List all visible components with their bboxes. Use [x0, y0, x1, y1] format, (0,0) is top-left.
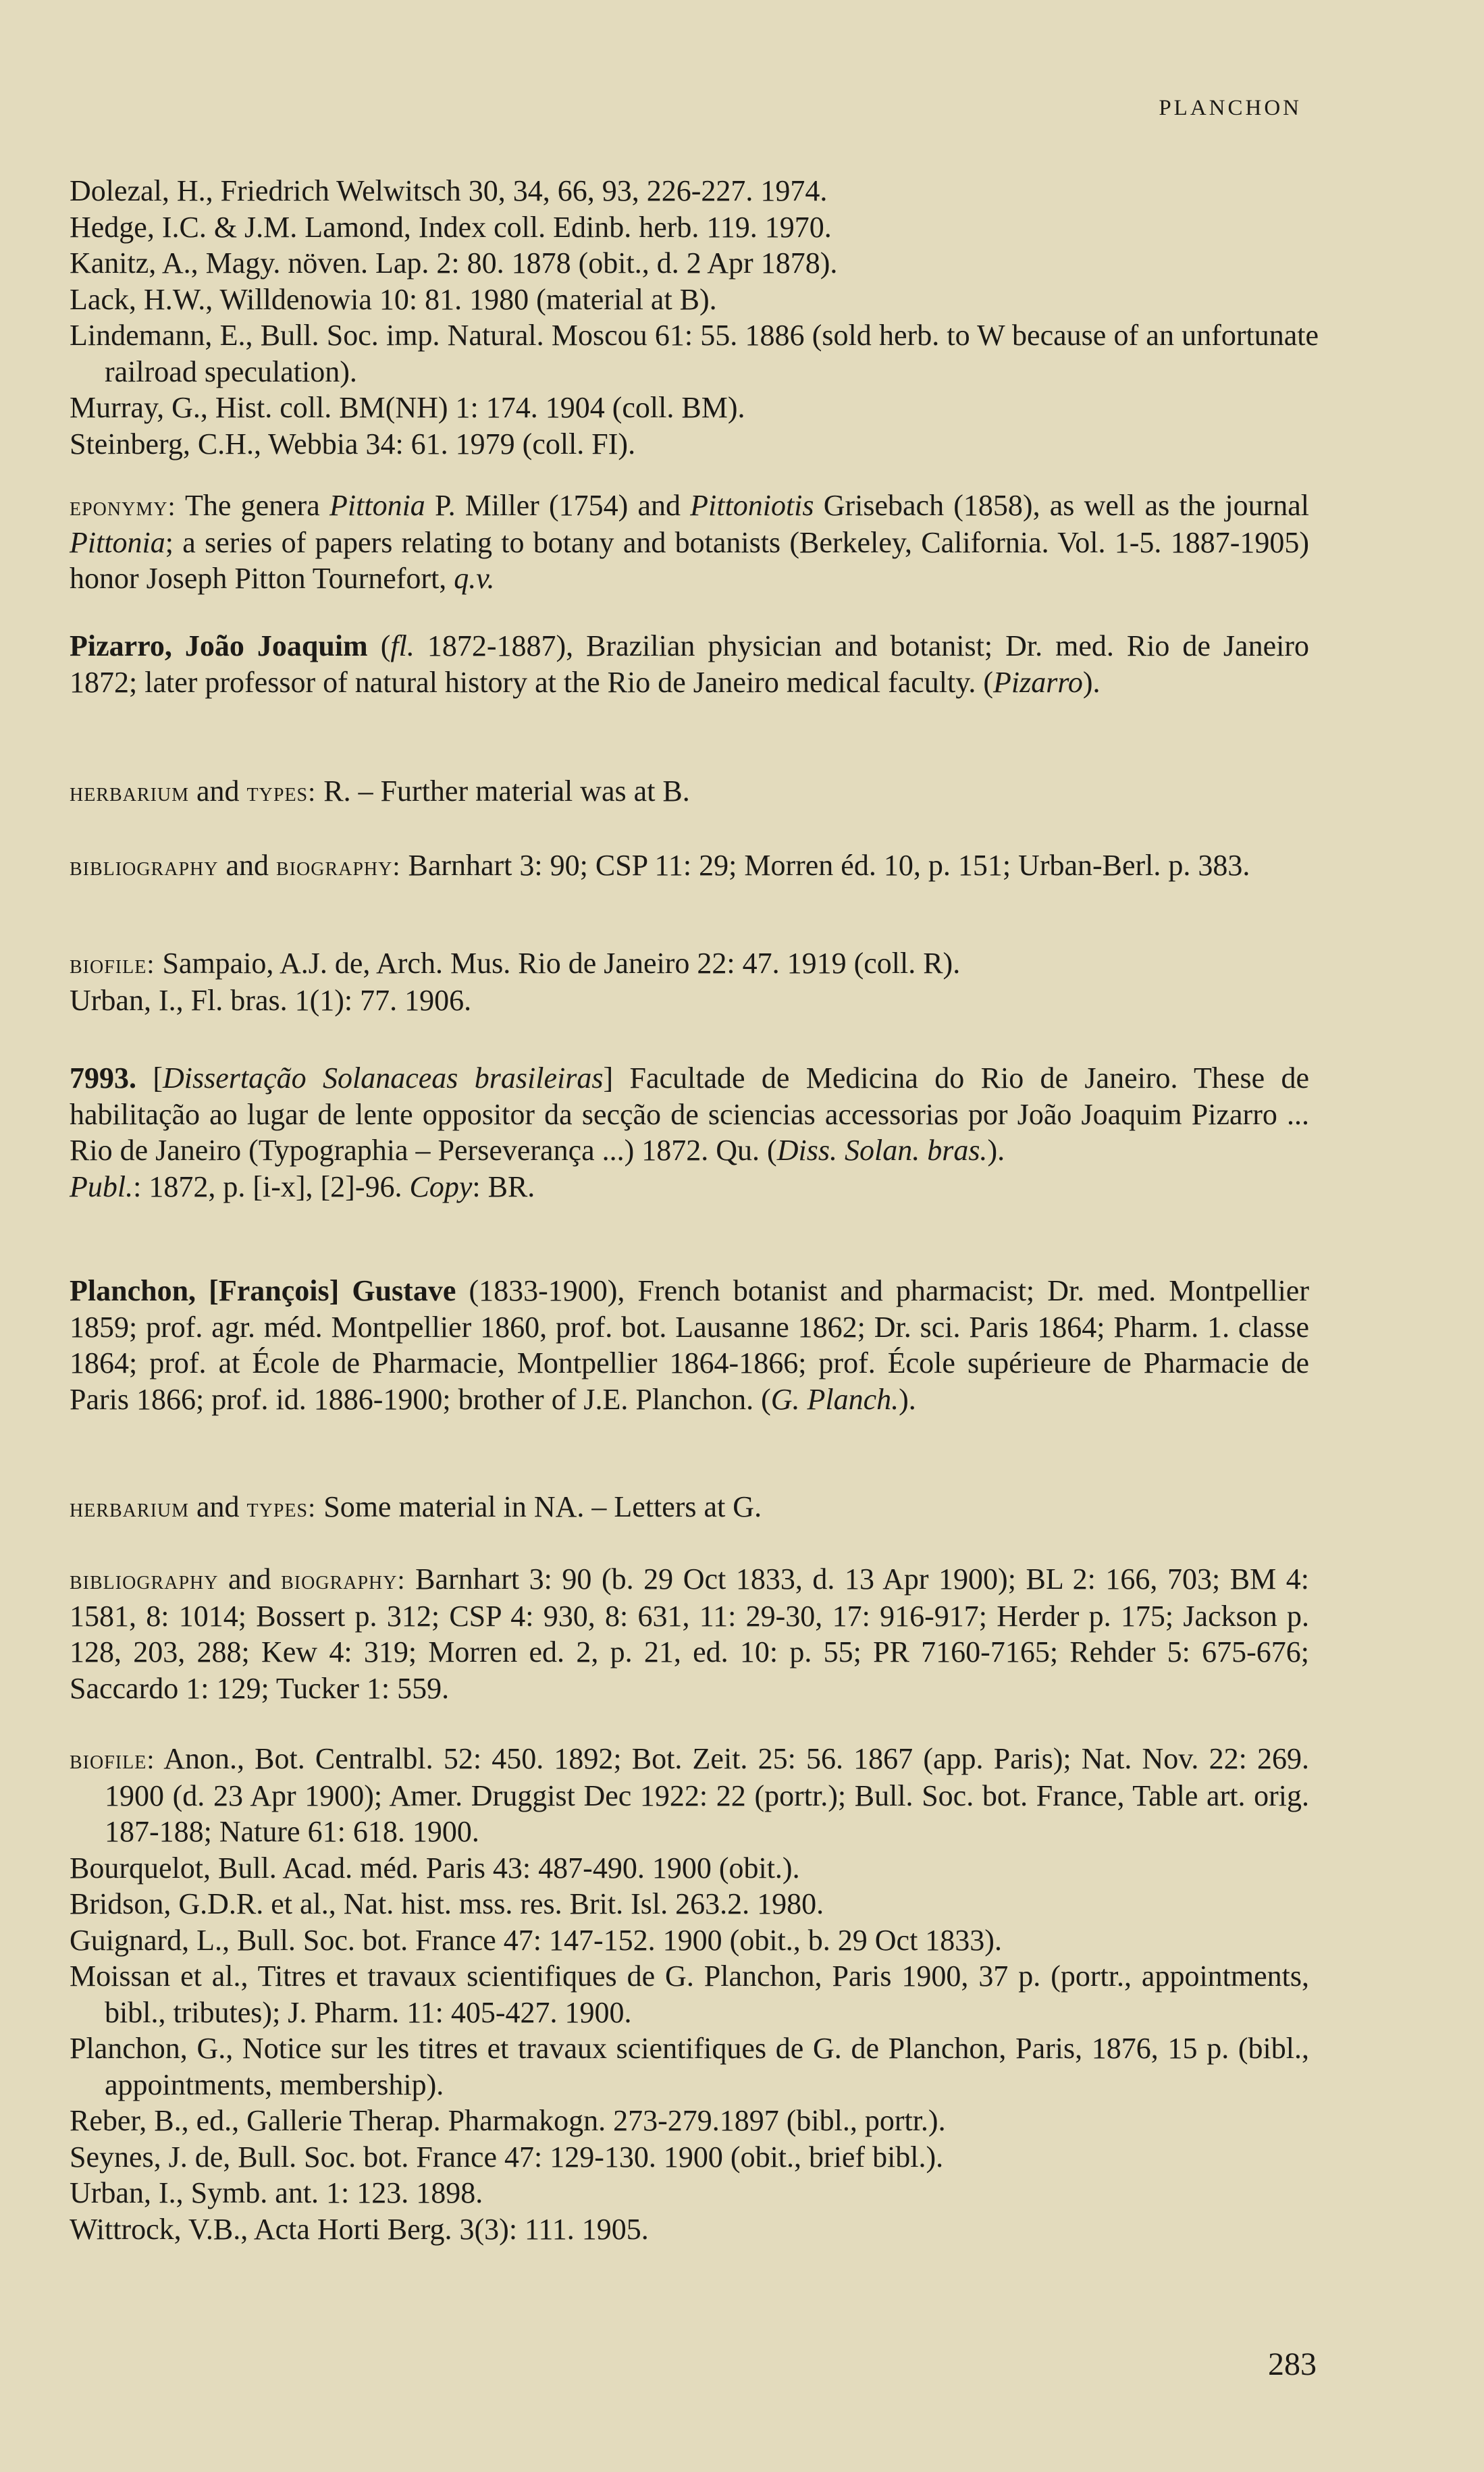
cross-reference: q.v.: [454, 562, 494, 595]
copy-text: : BR.: [472, 1170, 535, 1203]
book-entry-7993: 7993. [Dissertação Solanaceas brasileira…: [70, 1060, 1309, 1205]
reference-item: Dolezal, H., Friedrich Welwitsch 30, 34,…: [70, 173, 1319, 209]
section-label: biofile:: [70, 1744, 155, 1774]
eponymy-text: ; a series of papers relating to botany …: [70, 526, 1309, 596]
section-label: bibliography: [70, 851, 218, 881]
planchon-bibliography: bibliography and biography: Barnhart 3: …: [70, 1561, 1309, 1706]
author-abbreviation: G. Planch.: [771, 1383, 899, 1416]
eponymy-text: Grisebach (1858), as well as the journal: [814, 489, 1309, 522]
entry-text: ).: [899, 1383, 916, 1416]
eponymy-text: P. Miller (1754) and: [425, 489, 690, 522]
eponymy-paragraph: eponymy: The genera Pittonia P. Miller (…: [70, 488, 1309, 597]
herbarium-text: R. – Further material was at B.: [316, 774, 690, 808]
reference-item: Sampaio, A.J. de, Arch. Mus. Rio de Jane…: [155, 947, 960, 980]
reference-item: Lack, H.W., Willdenowia 10: 81. 1980 (ma…: [70, 282, 1319, 318]
book-number: 7993.: [70, 1061, 136, 1095]
reference-item: Seynes, J. de, Bull. Soc. bot. France 47…: [70, 2139, 1309, 2176]
section-label: herbarium: [70, 1492, 189, 1523]
genus-name: Pittonia: [329, 489, 425, 522]
reference-item: Hedge, I.C. & J.M. Lamond, Index coll. E…: [70, 209, 1319, 246]
author-abbreviation: Pizarro: [993, 666, 1083, 699]
entry-name: Pizarro, João Joaquim: [70, 629, 368, 662]
reference-item: Planchon, G., Notice sur les titres et t…: [70, 2030, 1309, 2103]
book-abbreviation: Diss. Solan. bras.: [777, 1134, 988, 1167]
reference-item: Bourquelot, Bull. Acad. méd. Paris 43: 4…: [70, 1850, 1309, 1887]
reference-text: Anon., Bot. Centralbl. 52: 450. 1892; Bo…: [105, 1742, 1309, 1848]
section-label-connector: and: [218, 849, 276, 882]
planchon-biofile: biofile: Anon., Bot. Centralbl. 52: 450.…: [70, 1741, 1309, 2247]
genus-name: Pittoniotis: [690, 489, 814, 522]
reference-item: Urban, I., Fl. bras. 1(1): 77. 1906.: [70, 982, 1309, 1019]
section-label: herbarium: [70, 777, 189, 807]
section-label: biography:: [276, 851, 400, 881]
reference-item: Lindemann, E., Bull. Soc. imp. Natural. …: [70, 317, 1319, 390]
journal-name: Pittonia: [70, 526, 165, 559]
eponymy-label: eponymy:: [70, 491, 176, 521]
pizarro-biofile: biofile: Sampaio, A.J. de, Arch. Mus. Ri…: [70, 945, 1309, 1018]
pizarro-herbarium: herbarium and types: R. – Further materi…: [70, 773, 1309, 810]
entry-name-bracketed: François: [219, 1274, 329, 1307]
reference-item: biofile: Anon., Bot. Centralbl. 52: 450.…: [70, 1741, 1309, 1850]
herbarium-text: Some material in NA. – Letters at G.: [316, 1490, 762, 1523]
section-label-connector: and: [218, 1562, 281, 1596]
entry-text: ).: [1083, 666, 1101, 699]
pizarro-bibliography: bibliography and biography: Barnhart 3: …: [70, 847, 1309, 885]
publ-text: : 1872, p. [i-x], [2]-96.: [133, 1170, 409, 1203]
book-title: Dissertação Solanaceas brasileiras: [163, 1061, 603, 1095]
entry-name: ] Gustave: [329, 1274, 456, 1307]
reference-item: Bridson, G.D.R. et al., Nat. hist. mss. …: [70, 1886, 1309, 1922]
reference-item: Steinberg, C.H., Webbia 34: 61. 1979 (co…: [70, 426, 1319, 463]
reference-item: Guignard, L., Bull. Soc. bot. France 47:…: [70, 1922, 1309, 1959]
section-label: types:: [247, 777, 317, 807]
section-label: biofile:: [70, 949, 155, 979]
reference-item: Wittrock, V.B., Acta Horti Berg. 3(3): 1…: [70, 2211, 1309, 2248]
section-label: types:: [247, 1492, 317, 1523]
floruit-abbrev: fl.: [390, 629, 414, 662]
copy-label: Copy: [409, 1170, 472, 1203]
reference-item: Reber, B., ed., Gallerie Therap. Pharmak…: [70, 2103, 1309, 2139]
reference-item: Kanitz, A., Magy. növen. Lap. 2: 80. 187…: [70, 245, 1319, 282]
section-label-connector: and: [189, 1490, 247, 1523]
previous-entry-biofile-list: Dolezal, H., Friedrich Welwitsch 30, 34,…: [70, 173, 1319, 462]
section-label: bibliography: [70, 1564, 218, 1595]
reference-item: Murray, G., Hist. coll. BM(NH) 1: 174. 1…: [70, 390, 1319, 426]
planchon-herbarium: herbarium and types: Some material in NA…: [70, 1489, 1309, 1526]
reference-item: Urban, I., Symb. ant. 1: 123. 1898.: [70, 2175, 1309, 2211]
entry-pizarro: Pizarro, João Joaquim (fl. 1872-1887), B…: [70, 628, 1309, 700]
entry-text: (: [368, 629, 391, 662]
entry-planchon: Planchon, [François] Gustave (1833-1900)…: [70, 1273, 1309, 1417]
entry-name: Planchon, [: [70, 1274, 219, 1307]
publ-label: Publ.: [70, 1170, 133, 1203]
running-head: PLANCHON: [1159, 96, 1302, 121]
bibliography-text: Barnhart 3: 90; CSP 11: 29; Morren éd. 1…: [400, 849, 1250, 882]
section-label: biography:: [281, 1564, 405, 1595]
book-text: ).: [987, 1134, 1005, 1167]
eponymy-text: The genera: [176, 489, 329, 522]
page-number: 283: [1268, 2346, 1317, 2383]
section-label-connector: and: [189, 774, 247, 808]
book-text: [: [136, 1061, 163, 1095]
reference-item: Moissan et al., Titres et travaux scient…: [70, 1958, 1309, 2030]
